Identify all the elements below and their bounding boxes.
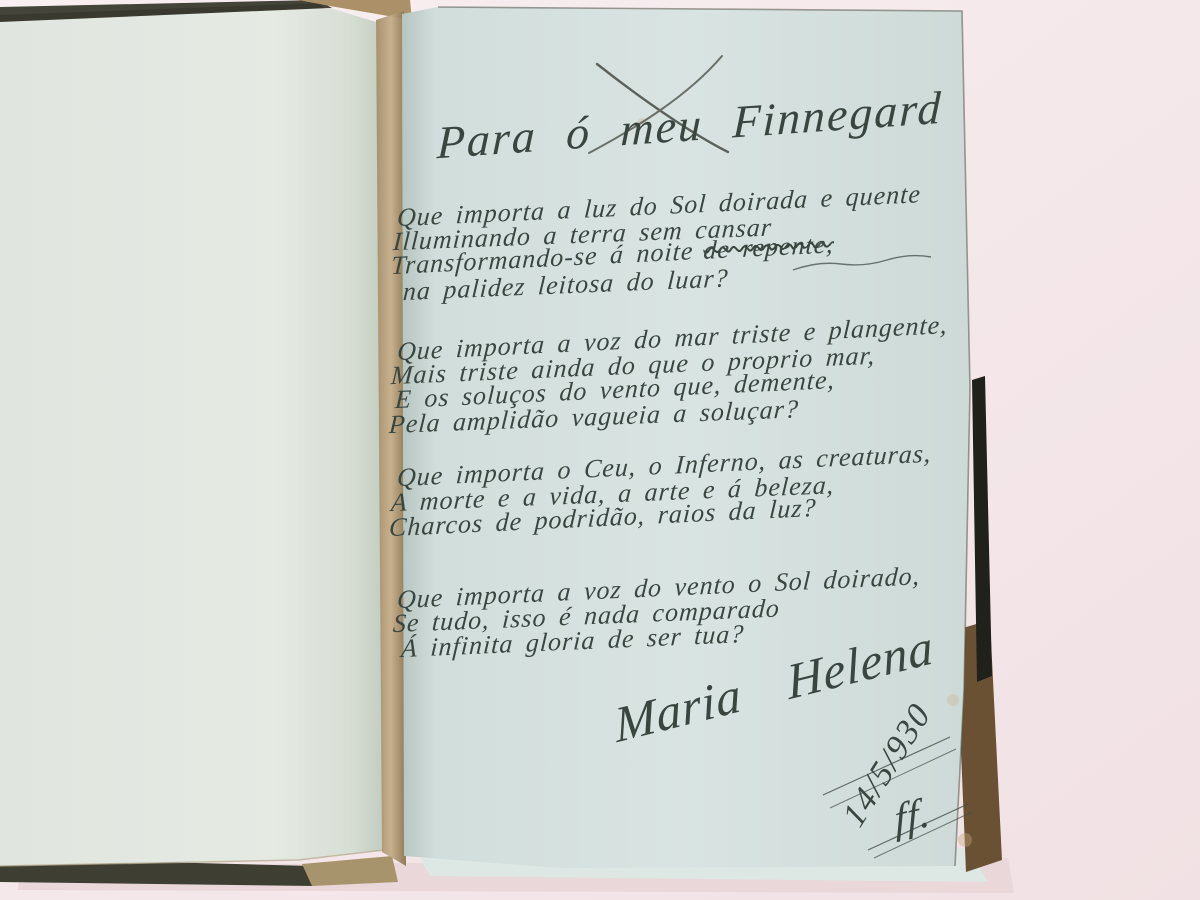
struck-words: de repente, bbox=[703, 229, 835, 264]
photo-open-manuscript-book: Para ó meu Finnegard Que importa a luz d… bbox=[0, 0, 1200, 900]
initials: ff. bbox=[893, 788, 932, 844]
age-spot bbox=[958, 833, 972, 847]
left-page bbox=[0, 8, 384, 866]
age-spot bbox=[947, 694, 959, 706]
